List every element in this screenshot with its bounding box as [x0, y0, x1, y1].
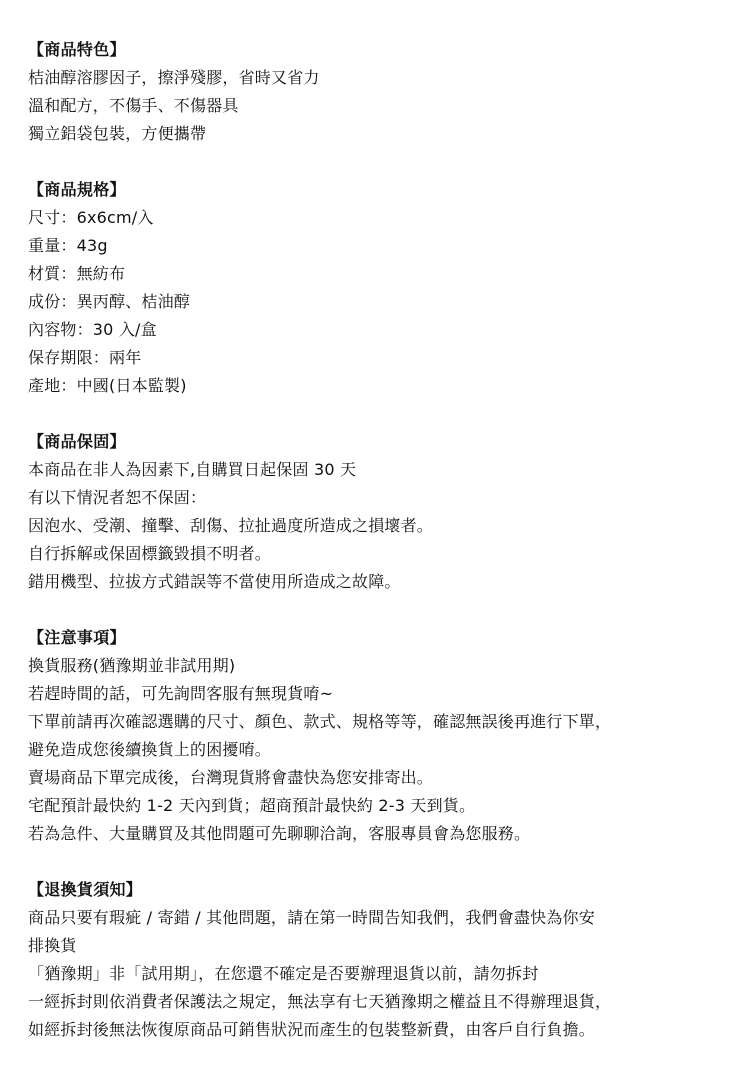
note-line: 若趕時間的話，可先詢問客服有無現貨唷~	[28, 680, 750, 708]
spec-contents: 內容物：30 入/盒	[28, 316, 750, 344]
warranty-line: 錯用機型、拉拔方式錯誤等不當使用所造成之故障。	[28, 568, 750, 596]
return-line: 一經拆封則依消費者保護法之規定，無法享有七天猶豫期之權益且不得辦理退貨，	[28, 988, 750, 1016]
spec-shelf-life: 保存期限：兩年	[28, 344, 750, 372]
note-line: 賣場商品下單完成後，台灣現貨將會盡快為您安排寄出。	[28, 764, 750, 792]
return-line: 如經拆封後無法恢復原商品可銷售狀況而產生的包裝整新費，由客戶自行負擔。	[28, 1016, 750, 1044]
note-line: 下單前請再次確認選購的尺寸、顏色、款式、規格等等，確認無誤後再進行下單，	[28, 708, 750, 736]
return-line: 商品只要有瑕疵 / 寄錯 / 其他問題，請在第一時間告知我們，我們會盡快為你安	[28, 904, 750, 932]
warranty-line: 有以下情況者恕不保固：	[28, 484, 750, 512]
spec-size: 尺寸：6x6cm/入	[28, 204, 750, 232]
section-title-warranty: 【商品保固】	[28, 428, 750, 456]
section-title-returns: 【退換貨須知】	[28, 876, 750, 904]
note-line: 宅配預計最快約 1-2 天內到貨；超商預計最快約 2-3 天到貨。	[28, 792, 750, 820]
warranty-line: 本商品在非人為因素下,自購買日起保固 30 天	[28, 456, 750, 484]
section-specs: 【商品規格】 尺寸：6x6cm/入 重量：43g 材質：無紡布 成份：異丙醇、桔…	[28, 176, 750, 400]
spec-material: 材質：無紡布	[28, 260, 750, 288]
warranty-line: 自行拆解或保固標籤毀損不明者。	[28, 540, 750, 568]
section-returns: 【退換貨須知】 商品只要有瑕疵 / 寄錯 / 其他問題，請在第一時間告知我們，我…	[28, 876, 750, 1044]
return-line: 排換貨	[28, 932, 750, 960]
section-title-features: 【商品特色】	[28, 36, 750, 64]
section-title-specs: 【商品規格】	[28, 176, 750, 204]
section-warranty: 【商品保固】 本商品在非人為因素下,自購買日起保固 30 天 有以下情況者恕不保…	[28, 428, 750, 596]
spec-ingredients: 成份：異丙醇、桔油醇	[28, 288, 750, 316]
product-description: 【商品特色】 桔油醇溶膠因子，擦淨殘膠，省時又省力 溫和配方，不傷手、不傷器具 …	[0, 0, 750, 1044]
spec-origin: 產地：中國(日本監製)	[28, 372, 750, 400]
note-line: 避免造成您後續換貨上的困擾唷。	[28, 736, 750, 764]
feature-line: 桔油醇溶膠因子，擦淨殘膠，省時又省力	[28, 64, 750, 92]
section-features: 【商品特色】 桔油醇溶膠因子，擦淨殘膠，省時又省力 溫和配方，不傷手、不傷器具 …	[28, 36, 750, 148]
note-line: 若為急件、大量購買及其他問題可先聊聊洽詢，客服專員會為您服務。	[28, 820, 750, 848]
section-notes: 【注意事項】 換貨服務(猶豫期並非試用期) 若趕時間的話，可先詢問客服有無現貨唷…	[28, 624, 750, 848]
feature-line: 溫和配方，不傷手、不傷器具	[28, 92, 750, 120]
section-title-notes: 【注意事項】	[28, 624, 750, 652]
note-line: 換貨服務(猶豫期並非試用期)	[28, 652, 750, 680]
spec-weight: 重量：43g	[28, 232, 750, 260]
warranty-line: 因泡水、受潮、撞擊、刮傷、拉扯過度所造成之損壞者。	[28, 512, 750, 540]
feature-line: 獨立鋁袋包裝，方便攜帶	[28, 120, 750, 148]
return-line: 「猶豫期」非「試用期」，在您還不確定是否要辦理退貨以前，請勿拆封	[28, 960, 750, 988]
